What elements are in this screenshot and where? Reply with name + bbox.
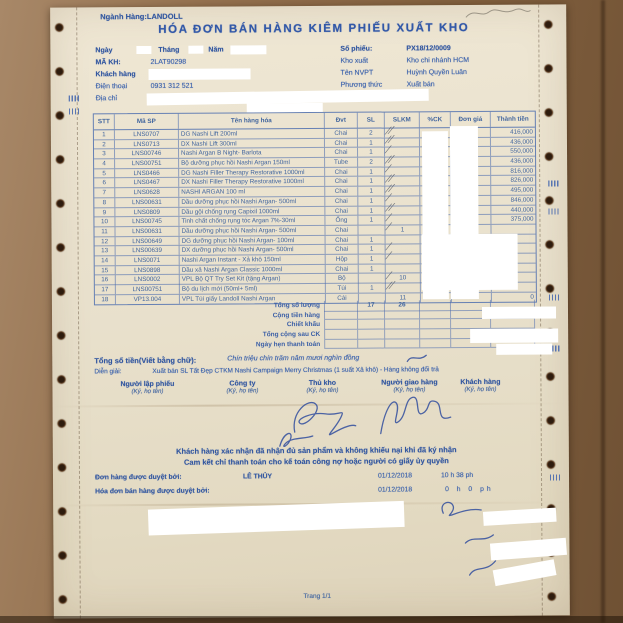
order-approved-label: Đơn hàng được duyệt bởi: <box>95 474 182 482</box>
cell-unit: Chai <box>324 129 357 138</box>
summary-cell-slkm <box>384 320 419 330</box>
summary-cell-price <box>450 319 490 329</box>
cell-unit: Chai <box>325 235 358 244</box>
cell-code: LNS00746 <box>114 149 178 158</box>
cell-name: Tinh chất chống rụng tóc Argan 7%-30ml <box>178 216 324 226</box>
summary-cell-unit <box>324 320 357 330</box>
header-cell-ck: %CK <box>419 112 450 127</box>
cell-stt: 4 <box>94 159 114 168</box>
cell-total: 436,000 <box>490 157 535 166</box>
redaction-date-year <box>230 45 266 54</box>
cell-stt: 17 <box>95 285 115 294</box>
cell-total: 826,000 <box>490 176 535 185</box>
cell-total: 550,000 <box>490 147 535 156</box>
edge-mark <box>549 294 560 300</box>
pen-scribble-amount <box>404 351 430 365</box>
confirmation-line-2: Cam kết chỉ thanh toán cho kế toán công … <box>95 456 538 468</box>
order-approved-time: 10 h 38 ph <box>441 472 473 479</box>
invoice-title: HÓA ĐƠN BÁN HÀNG KIÊM PHIẾU XUẤT KHO <box>92 22 535 37</box>
summary-cell-unit <box>324 339 357 349</box>
cell-code: LNS0713 <box>114 139 178 148</box>
cell-total: 375,000 <box>490 215 535 224</box>
cell-sl: 2 <box>357 129 384 138</box>
cell-sl: 1 <box>357 206 384 215</box>
cell-code: LNS0071 <box>115 256 179 265</box>
header-cell-code: Mã SP <box>114 114 178 129</box>
summary-cell-total <box>490 319 535 329</box>
cell-unit: Chai <box>324 138 357 147</box>
cell-sl <box>358 274 385 284</box>
header-cell-price: Đơn giá <box>450 112 490 127</box>
cell-total: 416,000 <box>490 128 535 137</box>
invoice-approved-label: Hóa đơn bán hàng được duyệt bởi: <box>95 488 210 496</box>
cell-sl: 1 <box>358 235 385 244</box>
redaction-date-month <box>188 46 203 54</box>
cell-sl: 1 <box>357 187 384 196</box>
date-month-label: Tháng <box>158 47 179 54</box>
cell-name: Dầu xả Nashi Argan Classic 1000ml <box>179 265 325 275</box>
edge-mark <box>548 208 559 214</box>
cell-sl: 2 <box>357 158 384 167</box>
signature-title-storekeeper: Thủ kho (Ký, họ tên) <box>277 380 367 395</box>
summary-cell-unit <box>324 330 357 340</box>
edge-mark <box>69 95 80 101</box>
header-cell-stt: STT <box>94 114 114 129</box>
cell-stt: 6 <box>94 179 114 188</box>
cell-code: LNS0707 <box>114 130 178 139</box>
cell-slkm: ∕∕ <box>385 283 420 292</box>
warehouse-value: Kho chi nhánh HCM <box>406 57 469 64</box>
cell-sl: 1 <box>357 177 384 186</box>
cell-name: DX Nashi Filler Therapy Restorative 1000… <box>178 177 324 187</box>
cell-stt: 3 <box>94 150 114 159</box>
cell-code: LNS00631 <box>114 198 178 207</box>
cell-unit: Chai <box>324 187 357 196</box>
cell-name: Nashi Argan B Night- Barlota <box>178 148 324 158</box>
customer-code-label: MÃ KH: <box>95 59 120 66</box>
summary-label: Ngày hẹn thanh toán <box>94 340 324 351</box>
redaction-bottom-large <box>148 501 405 536</box>
cell-code: LNS0467 <box>114 178 178 187</box>
perforation-holes-left <box>53 7 70 618</box>
cell-code: LNS00751 <box>115 285 179 294</box>
cell-stt: 7 <box>94 188 114 197</box>
order-approved-date: 01/12/2018 <box>378 472 412 479</box>
cell-name: DG dưỡng phục hồi Nashi Argan- 100ml <box>179 235 325 245</box>
cell-name: DX Nashi Lift 300ml <box>178 139 324 149</box>
cell-stt: 15 <box>95 266 115 275</box>
cell-code: LNS0628 <box>114 188 178 197</box>
cell-sl: 1 <box>357 148 384 157</box>
redaction-grand-total-2 <box>496 344 552 355</box>
photo-background: Ngành Hàng:LANDOLL HÓA ĐƠN BÁN HÀNG KIÊM… <box>0 0 623 623</box>
pen-scribble-bottom-right <box>435 497 487 521</box>
edge-mark <box>548 180 559 186</box>
cell-sl: 1 <box>357 216 384 225</box>
cell-unit: Ống <box>324 216 357 225</box>
cell-name: Dầu gội chống rụng Capixil 1000ml <box>178 206 324 216</box>
cell-stt: 14 <box>95 256 115 265</box>
invoice-approved-time: 0 h 0 ph <box>445 486 494 493</box>
cell-sl: 1 <box>357 138 384 147</box>
cell-total: 495,000 <box>490 186 535 195</box>
redaction-subtotal <box>482 306 556 318</box>
summary-cell-sl <box>357 339 384 349</box>
summary-cell-unit <box>324 310 357 320</box>
note-label: Diễn giải: <box>94 368 121 375</box>
cell-code: LNS0002 <box>115 275 179 285</box>
customer-code-value: 2LAT90298 <box>150 59 186 66</box>
cell-total: 436,000 <box>490 137 535 146</box>
receipt-no-label: Số phiếu: <box>340 46 372 53</box>
cell-unit: Chai <box>325 264 358 273</box>
note-value: Xuất bán SL Tất Đẹp CTKM Nashi Campaign … <box>152 366 439 375</box>
cell-total: 440,000 <box>490 205 535 214</box>
cell-stt: 2 <box>94 140 114 149</box>
cell-code: LNS0898 <box>115 265 179 274</box>
summary-cell-ck <box>419 329 450 339</box>
warehouse-label: Kho xuất <box>340 58 368 65</box>
cell-name: DX dưỡng phục hồi Nashi Argan- 500ml <box>179 245 325 255</box>
staff-value: Huỳnh Quyền Luân <box>407 69 467 76</box>
redaction-customer-name <box>149 68 251 80</box>
cell-stt: 5 <box>94 169 114 178</box>
cell-slkm: ∕ <box>385 254 420 263</box>
cell-unit: Chai <box>324 177 357 186</box>
cell-unit: Chai <box>324 226 357 236</box>
pencil-note-handwriting <box>462 5 534 23</box>
cell-sl: 1 <box>358 254 385 263</box>
wood-plank-gap <box>601 0 605 623</box>
signature-subtitle: (Ký, họ tên) <box>197 387 287 395</box>
phone-label: Điện thoại <box>96 83 128 90</box>
signature-title-company: Công ty (Ký, họ tên) <box>197 380 287 395</box>
cell-code: LNS00751 <box>114 159 178 168</box>
amount-in-words-label: Tổng số tiền(Viết bằng chữ): <box>94 356 196 366</box>
summary-cell-ck <box>419 320 450 330</box>
edge-mark <box>69 108 80 114</box>
cell-code: LNS00745 <box>114 217 178 226</box>
header-cell-name: Tên hàng hóa <box>178 113 324 129</box>
summary-cell-ck <box>419 339 450 349</box>
cell-code: LNS00631 <box>114 227 178 237</box>
cell-sl: 1 <box>358 264 385 273</box>
cell-stt: 1 <box>94 130 114 139</box>
customer-label: Khách hàng <box>96 71 136 78</box>
invoice-approved-date: 01/12/2018 <box>378 486 412 493</box>
signature-handwriting-deliverer <box>374 391 456 442</box>
summary-cell-slkm <box>384 339 419 349</box>
cell-name: DG Nashi Lift 200ml <box>178 129 324 139</box>
cell-code: LNS0466 <box>114 169 178 178</box>
page-number: Trang 1/1 <box>96 592 539 602</box>
redaction-grand-total <box>470 328 558 343</box>
cell-name: DG Nashi Filler Therapy Restorative 1000… <box>178 168 324 178</box>
redaction-amounts-block <box>422 234 518 291</box>
summary-cell-sl <box>357 330 384 340</box>
amount-in-words-value: Chín triệu chín trăm năm mươi nghìn đồng <box>227 355 359 363</box>
confirmation-line-1: Khách hàng xác nhận đã nhận đủ sản phẩm … <box>95 445 538 457</box>
method-label: Phương thức <box>341 82 383 89</box>
cell-sl <box>357 225 384 235</box>
cell-total: 846,000 <box>490 195 535 204</box>
cell-unit: Chai <box>324 167 357 176</box>
address-label: Địa chỉ <box>96 95 117 102</box>
cell-stt: 8 <box>94 198 114 207</box>
cell-sl: 1 <box>358 284 385 293</box>
redaction-address-2 <box>247 103 323 112</box>
cell-name: Dầu dưỡng phục hồi Nashi Argan- 500ml <box>178 197 324 207</box>
summary-cell-sl <box>357 310 384 320</box>
cell-unit: Chai <box>324 148 357 157</box>
signature-subtitle: (Ký, họ tên) <box>102 388 192 396</box>
cell-stt: 12 <box>95 237 115 246</box>
table-edge-shadow <box>0 616 623 623</box>
edge-mark <box>550 474 561 480</box>
cell-stt: 13 <box>95 246 115 255</box>
signature-title-creator: Người lập phiếu (Ký, họ tên) <box>102 381 192 396</box>
summary-cell-slkm <box>384 329 419 339</box>
cell-unit: Chai <box>325 245 358 254</box>
cell-code: LNS00649 <box>115 236 179 245</box>
cell-name: NASHI ARGAN 100 ml <box>178 187 324 197</box>
cell-unit: Bộ <box>325 274 358 284</box>
cell-unit: Túi <box>325 284 358 293</box>
cell-stt: 9 <box>94 208 114 217</box>
cell-total: 816,000 <box>490 166 535 175</box>
summary-cell-sl <box>357 320 384 330</box>
cell-unit: Chai <box>324 206 357 215</box>
cell-unit: Tube <box>324 158 357 167</box>
cell-sl: 1 <box>358 245 385 254</box>
cell-stt: 10 <box>94 217 114 226</box>
header-cell-total: Thành tiền <box>490 112 535 127</box>
invoice-paper-sheet: Ngành Hàng:LANDOLL HÓA ĐƠN BÁN HÀNG KIÊM… <box>50 4 570 618</box>
cell-code: LNS0809 <box>114 207 178 216</box>
date-year-label: Năm <box>208 47 223 54</box>
cell-unit: Chai <box>324 197 357 206</box>
summary-block: Tổng số lượng 17 26 Cộng tiền hàng <box>94 300 537 351</box>
cell-name: Bộ dưỡng phục hồi Nashi Argan 150ml <box>178 158 324 168</box>
cell-stt: 11 <box>94 227 114 237</box>
header-cell-sl: SL <box>357 113 384 128</box>
cell-code: LNS00639 <box>115 246 179 255</box>
cell-unit: Hộp <box>325 255 358 264</box>
redaction-date-day <box>136 46 151 54</box>
method-value: Xuất bán <box>407 81 435 88</box>
order-approved-by: LÊ THỦY <box>243 473 272 480</box>
receipt-no-value: PX18/12/0009 <box>406 45 450 52</box>
cell-name: Nashi Argan Instant - Xả khô 150ml <box>179 255 325 265</box>
cell-sl: 1 <box>357 167 384 176</box>
cell-name: Bộ du lịch mới (50ml+ 5ml) <box>179 284 325 294</box>
cell-slkm: ∕1 <box>384 225 419 235</box>
summary-cell-ck <box>419 310 450 320</box>
cell-sl: 1 <box>357 196 384 205</box>
cell-stt: 16 <box>95 276 115 286</box>
phone-value: 0931 312 521 <box>151 83 194 90</box>
brand-label: Ngành Hàng:LANDOLL <box>100 12 183 22</box>
summary-cell-slkm <box>384 310 419 320</box>
date-day-label: Ngày <box>95 47 112 54</box>
staff-label: Tên NVPT <box>341 70 374 77</box>
header-cell-unit: Đvt <box>324 113 357 128</box>
